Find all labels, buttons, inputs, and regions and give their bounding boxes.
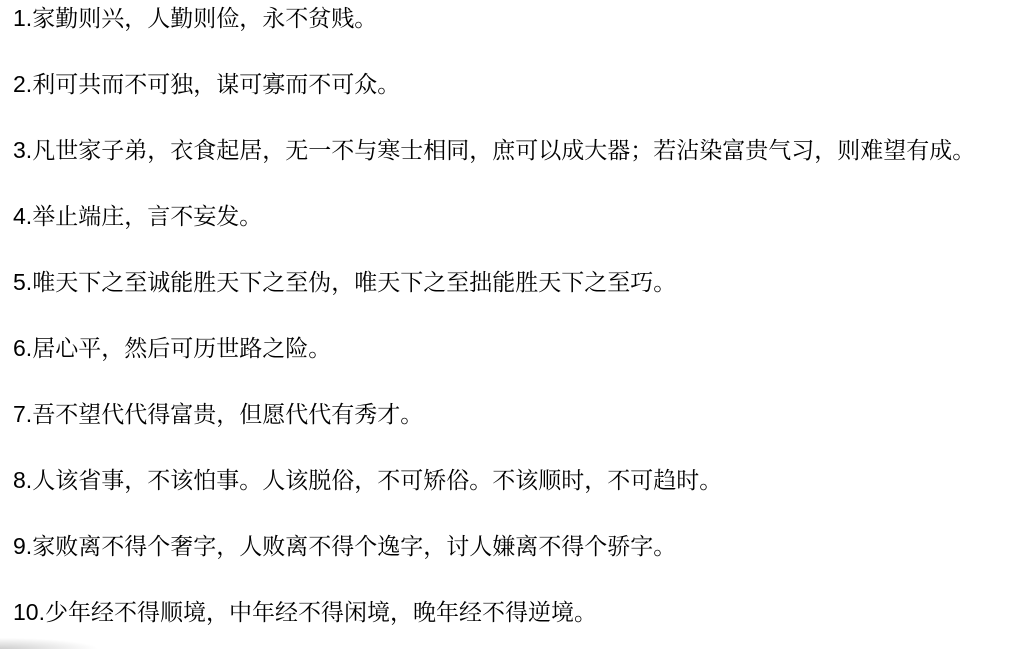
quote-number: 6. (13, 335, 32, 361)
quote-text: 凡世家子弟，衣食起居，无一不与寒士相同，庶可以成大器；若沾染富贵气习，则难望有成… (32, 137, 975, 163)
quote-line-7: 7.吾不望代代得富贵，但愿代代有秀才。 (13, 403, 1016, 426)
quote-number: 10. (13, 599, 45, 625)
quote-text: 人该省事，不该怕事。人该脱俗，不可矫俗。不该顺时，不可趋时。 (32, 467, 722, 493)
quote-line-6: 6.居心平，然后可历世路之险。 (13, 337, 1016, 360)
quote-number: 4. (13, 203, 32, 229)
quote-line-2: 2.利可共而不可独，谋可寡而不可众。 (13, 73, 1016, 96)
quote-number: 1. (13, 5, 32, 31)
document-page: 1.家勤则兴，人勤则俭，永不贫贱。 2.利可共而不可独，谋可寡而不可众。 3.凡… (0, 0, 1024, 649)
quote-line-3: 3.凡世家子弟，衣食起居，无一不与寒士相同，庶可以成大器；若沾染富贵气习，则难望… (13, 139, 1016, 162)
quote-text: 家败离不得个奢字，人败离不得个逸字，讨人嫌离不得个骄字。 (32, 533, 676, 559)
quote-text: 家勤则兴，人勤则俭，永不贫贱。 (32, 5, 377, 31)
quote-line-5: 5.唯天下之至诚能胜天下之至伪，唯天下之至拙能胜天下之至巧。 (13, 271, 1016, 294)
quote-number: 5. (13, 269, 32, 295)
quote-text: 举止端庄，言不妄发。 (32, 203, 262, 229)
quote-number: 3. (13, 137, 32, 163)
quote-line-4: 4.举止端庄，言不妄发。 (13, 205, 1016, 228)
quote-number: 9. (13, 533, 32, 559)
quote-text: 居心平，然后可历世路之险。 (32, 335, 331, 361)
quote-text: 利可共而不可独，谋可寡而不可众。 (32, 71, 400, 97)
quote-text: 吾不望代代得富贵，但愿代代有秀才。 (32, 401, 423, 427)
quote-text: 少年经不得顺境，中年经不得闲境，晚年经不得逆境。 (45, 599, 597, 625)
quote-line-8: 8.人该省事，不该怕事。人该脱俗，不可矫俗。不该顺时，不可趋时。 (13, 469, 1016, 492)
bottom-left-shadow (0, 633, 140, 649)
quote-line-10: 10.少年经不得顺境，中年经不得闲境，晚年经不得逆境。 (13, 601, 1016, 624)
quote-line-1: 1.家勤则兴，人勤则俭，永不贫贱。 (13, 7, 1016, 30)
quote-text: 唯天下之至诚能胜天下之至伪，唯天下之至拙能胜天下之至巧。 (32, 269, 676, 295)
quote-number: 2. (13, 71, 32, 97)
quote-number: 7. (13, 401, 32, 427)
quote-line-9: 9.家败离不得个奢字，人败离不得个逸字，讨人嫌离不得个骄字。 (13, 535, 1016, 558)
quote-number: 8. (13, 467, 32, 493)
